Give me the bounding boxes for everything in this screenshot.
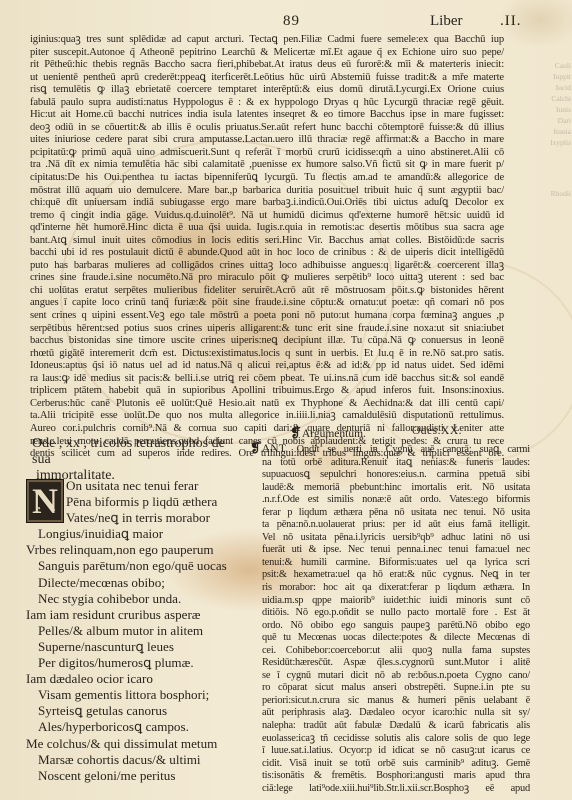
argument-line: uidia.m.sp qppe maiorib⁹ iuidet:hic iuid… — [262, 595, 530, 608]
commentary-line: ta.Alii tricipitē esse uolūt.De quo nos … — [30, 410, 504, 423]
running-header: 89 Liber .II. — [0, 10, 572, 30]
argument-line: Vel nō usitata pēna.i.lyricis uersib⁹qb⁹… — [262, 532, 530, 545]
argument-line: tis:isonātis & fremētis. Bosphori:angust… — [262, 770, 530, 783]
argument-line: ī luue.sat.i.latius. Ocyor:p id idicat s… — [262, 745, 530, 758]
verse-line: Ales/hyperboricosꝗ campos. — [26, 719, 246, 735]
commentary-line: fabulā paulo supra audisti:natus Hyppolo… — [30, 97, 504, 110]
commentary-line: angues ī capite loco crinū tanq̃ furiæ:&… — [30, 297, 504, 310]
bleed-through-word: Itunia — [537, 126, 571, 137]
argument-commentary: ❡ANT. Ondit se uerti in Cygnū auē canorā… — [262, 442, 530, 795]
commentary-line: chi uolūtas eratut serpētes mulieribus f… — [30, 285, 504, 298]
argument-line: supuacuosꝗ sepulchri honores:eius.n. car… — [262, 469, 530, 482]
commentary-line: bacchi ubi id res postulauit dictū ē abu… — [30, 247, 504, 260]
commentary-line: rit Pētheū:hic thebis regnās Baccho sacr… — [30, 59, 504, 72]
commentary-line: qd'interne hēt humorē.Hinc dicta ē uua q… — [30, 222, 504, 235]
commentary-line: puto has barbaras mulieres ad colligādos… — [30, 260, 504, 273]
verse-line: Iam iam residunt cruribus asperæ — [26, 607, 246, 623]
verse-line: Iam dædaleo ocior icaro — [26, 671, 246, 687]
bleed-through-word: Rhodii — [537, 188, 571, 199]
argument-lead-word: ANT. — [262, 443, 289, 455]
commentary-line: pcipitatū:ꝙ primū aquā uino admiscuerit.… — [30, 147, 504, 160]
argument-line: quē tu Mecœnas uocas dilecte:potes & dil… — [262, 632, 530, 645]
commentary-line: serpētibus hērent:sed potius suos crines… — [30, 323, 504, 336]
commentary-line: ra laus:ꝙ idē medius sit pacis:& belli.i… — [30, 373, 504, 386]
verse-line: Nec stygia cohibebor unda. — [26, 591, 246, 607]
bleed-through-word: Iunis — [537, 104, 571, 115]
commentary-line: rhœtū gigātē interemerit dcm̄ est. Dictu… — [30, 348, 504, 361]
commentary-line: cipitatus:De his Oui.penthea tu iactas b… — [30, 172, 504, 185]
commentary-line: ut uenientē pentheū aprū crederēt:ppeaꝗ … — [30, 72, 504, 85]
argument-line: fuerāt uti & ipse. Nec tenui penna.i.nec… — [262, 544, 530, 557]
verse-line: Vates/neꝗ in terris morabor — [26, 510, 246, 526]
commentary-line: risꝗ temulētis ꝙ illaꝫ ebrietatē coercer… — [30, 84, 504, 97]
verse-line: Visam gementis littora bosphori; — [26, 687, 246, 703]
commentary-line: mōstrat illū aquam uio demulcere. Mare b… — [30, 185, 504, 198]
argument-line: psit:& hexametra:uel qa hō erat:& nūc cy… — [262, 569, 530, 582]
argument-line-text: Ondit se uerti in Cygnū auē canorā: suaꝗ… — [297, 444, 530, 455]
argument-line: euolasse:icaꝫ tñ cecidisse solutis alis … — [262, 733, 530, 746]
verse-line: Per digitos/humerosꝗ plumæ. — [26, 655, 246, 671]
argument-line: ris morabor: hoc ait qa dixerat:ferar p … — [262, 582, 530, 595]
commentary-line: bacchus bistonidas sine timore uscite cr… — [30, 335, 504, 348]
commentary-line: sent crines q uipini essent.Veꝫ ego tale… — [30, 310, 504, 323]
pilcrow-icon: ❡ — [290, 425, 301, 440]
commentary-line: Idoneus:aptus q̃si iō natus uel ad id na… — [30, 360, 504, 373]
commentary-line: piter suscepit.Autonoe q̃ Atheonē pepitr… — [30, 47, 504, 60]
pilcrow-icon: ❡ — [250, 442, 261, 455]
argument-label: ❡Argumentum. — [290, 425, 366, 441]
verse-line: Pēna biformis p liqdū æthera — [26, 494, 246, 510]
commentary-block: iginius:quaꝫ tres sunt splēdidæ ad caput… — [30, 34, 504, 461]
book-page: 89 Liber .II. iginius:quaꝫ tres sunt spl… — [0, 0, 572, 800]
verse-line: Superne/nascunturꝗ leues — [26, 639, 246, 655]
commentary-line: crines sine fraude.i.sine nocumēto.Nā pr… — [30, 272, 504, 285]
commentary-line: triplicem ptātem habebit quā in supiorib… — [30, 385, 504, 398]
verse-line: Sanguis parētum/non ego/quē uocas — [26, 558, 246, 574]
verse-line: Me colchus/& qui dissimulat metum — [26, 736, 246, 752]
commentary-line: iginius:quaꝫ tres sunt splēdidæ ad caput… — [30, 34, 504, 47]
commentary-line: Hic:ut ait Home.cū bacchi nutrices india… — [30, 109, 504, 122]
bleed-through-marginalia: CauliIuppitIucidCalchiIunisDariItuniaIxy… — [537, 60, 571, 199]
ode-number-label: Odes.XX. — [412, 425, 462, 437]
commentary-line: bant.Atꝗ simul inuit uites cōmodius in l… — [30, 235, 504, 248]
argument-line: .n.r.f.Ode est similis nonæ:ē aūt ordo. … — [262, 494, 530, 507]
folio-number: 89 — [283, 13, 300, 30]
argument-line: Residūt:hæresčūt. Aspæ q̃les.s.cygnorū s… — [262, 657, 530, 670]
argument-line: laudē:& memoriā pbebunt:hinc imortalis e… — [262, 482, 530, 495]
argument-line: ro cōparat sicut malus anseri obstrepēti… — [262, 682, 530, 695]
argument-line: ciā:lege lati⁹ode.xiii.hui⁹lib.Str.li.xi… — [262, 783, 530, 796]
argument-line: se ī cygnū mutari dicit nō ab re:bōus.n.… — [262, 670, 530, 683]
argument-line: ta pēna:nō.n.uolauerat prius: per id aūt… — [262, 519, 530, 532]
commentary-line: chi:quē dīt uniuersam indiā subiugasse e… — [30, 197, 504, 210]
bleed-through-word: Cauli — [537, 60, 571, 71]
argument-line: periori:sicut.n.crura sic manus & humeri… — [262, 695, 530, 708]
argument-line: aūt periphrasis alaꝫ. Dædaleo ocyor icar… — [262, 707, 530, 720]
commentary-line: tremo q̃ cingit india gāge. Vuidus.q.d.u… — [30, 210, 504, 223]
bleed-through-word: Iucid — [537, 82, 571, 93]
verse-line: On usitata nec tenui ferar — [26, 478, 246, 494]
verse-line: Marsæ cohortis dacus/& ultimi — [26, 752, 246, 768]
book-number: .II. — [500, 13, 522, 30]
argument-line: ordo. Nō obibo ego sanguis paupeꝫ parētū… — [262, 620, 530, 633]
argument-line: ❡ANT. Ondit se uerti in Cygnū auē canorā… — [250, 442, 530, 457]
bleed-through-word: Iuppit — [537, 71, 571, 82]
argument-line: tenui:& humili carmine. Biformis:uates u… — [262, 557, 530, 570]
commentary-line: uites iniuriose cedere parat sibi crura … — [30, 134, 504, 147]
ode-verses: On usitata nec tenui ferarPēna biformis … — [26, 478, 246, 784]
ode-title-line-1: Ode , xx , tricolos tetrastrophos de sua — [32, 436, 225, 467]
argument-line: cidit. Visā inuit se totū orbē suis carm… — [262, 758, 530, 771]
running-title: Liber — [430, 13, 462, 30]
verse-line: Noscent geloni/me peritus — [26, 768, 246, 784]
verse-line: Syrteisꝗ getulas canorus — [26, 703, 246, 719]
verse-line: Dilecte/mecœnas obibo; — [26, 575, 246, 591]
bleed-through-word: Ixyplis — [537, 137, 571, 148]
argument-line: cei. Cohibebor:coercebor:ut alii quoꝫ nu… — [262, 645, 530, 658]
bleed-through-word: Calchi — [537, 93, 571, 104]
commentary-line: tra .Nā dīt ex nimia temulētia hāc sibi … — [30, 159, 504, 172]
verse-line: Pelles/& album mutor in alitem — [26, 623, 246, 639]
bleed-through-word: Dari — [537, 115, 571, 126]
argument-line: ferar p liqdum æthæra pēna nō usitata ne… — [262, 507, 530, 520]
verse-line: Longius/inuidiaꝗ maior — [26, 526, 246, 542]
ode-title: Ode , xx , tricolos tetrastrophos de sua… — [32, 436, 244, 484]
argument-line: ditiōis. Nō ego.p.oñdit se nullo pacto m… — [262, 607, 530, 620]
commentary-line: Cerberus:hūc canē Plutonis eē uolūt:Quē … — [30, 398, 504, 411]
verse-line: Vrbes relinquam,non ego pauperum — [26, 542, 246, 558]
commentary-line: deoꝫ odiū in se cōuertit:& ab illis ē oc… — [30, 122, 504, 135]
argument-line: nalepha: tradūt aūt fabulæ Dædalū & icar… — [262, 720, 530, 733]
argument-line: na totū orbē aditura.Renuit itaꝗ nenias:… — [262, 457, 530, 470]
